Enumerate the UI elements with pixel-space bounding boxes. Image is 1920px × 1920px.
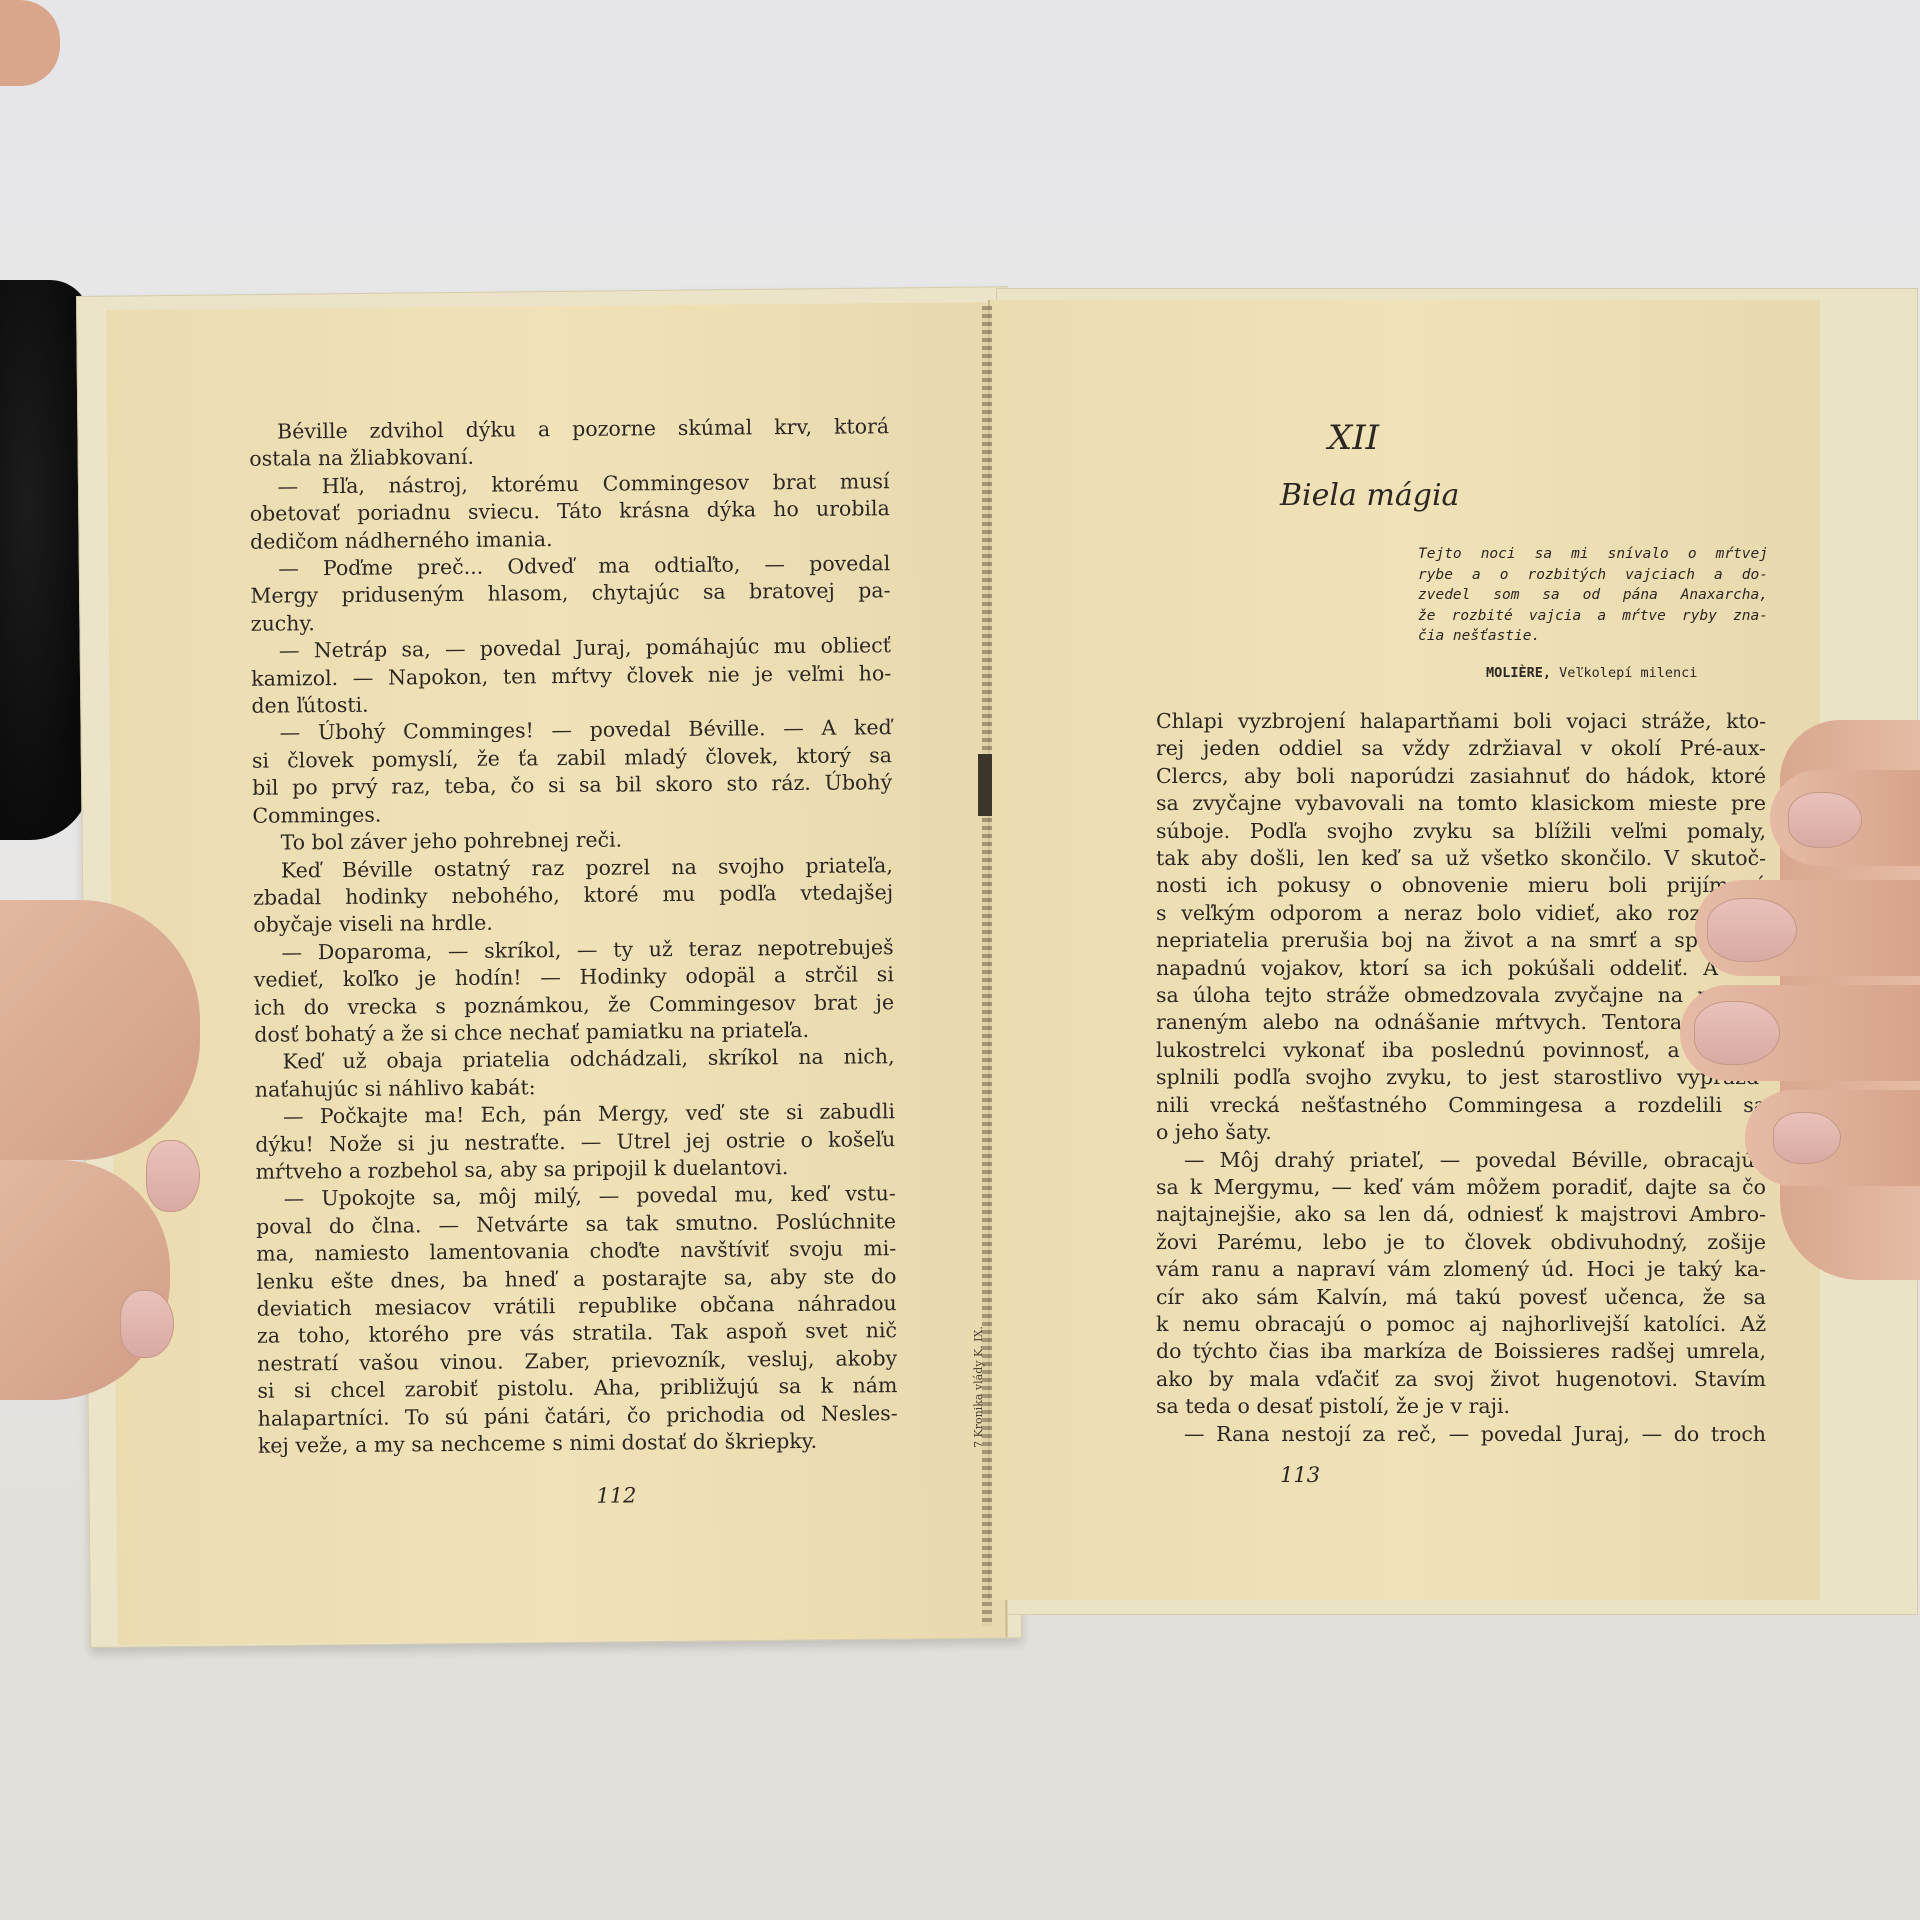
- text-line: obetovať poriadnu sviecu. Táto krásna dý…: [250, 495, 890, 528]
- text-line: Clercs, aby boli naporúdzi zasiahnuť do …: [1156, 763, 1766, 790]
- text-line: — Môj drahý priateľ, — povedal Béville, …: [1156, 1147, 1766, 1174]
- fingernail: [1773, 1112, 1841, 1164]
- page-number-left: 112: [596, 1483, 636, 1507]
- epigraph-author: MOLIÈRE,: [1486, 665, 1551, 681]
- text-line: splnili podľa svojho zvyku, to jest star…: [1156, 1064, 1766, 1091]
- chapter-number: XII: [1328, 418, 1379, 458]
- epigraph-work: Veľkolepí milenci: [1559, 665, 1697, 681]
- text-line: napadnú vojakov, ktorí sa ich pokúšali o…: [1156, 955, 1766, 982]
- text-line: vám ranu a napraví vám zlomený úd. Hoci …: [1156, 1256, 1766, 1283]
- text-line: raneným alebo na odnášanie mŕtvych. Tent…: [1156, 1009, 1766, 1036]
- text-line: najtajnejšie, ako sa len dá, odniesť k m…: [1156, 1201, 1766, 1228]
- text-line: Keď už obaja priatelia odchádzali, skrík…: [254, 1043, 894, 1076]
- page-number-right: 113: [1280, 1463, 1320, 1487]
- text-line: sa k Mergymu, — keď vám môžem poradiť, d…: [1156, 1174, 1766, 1201]
- left-page: Béville zdvihol dýku a pozorne skúmal kr…: [106, 302, 1008, 1645]
- text-line: dýku! Nože si ju nestraťte. — Utrel jej …: [255, 1126, 895, 1159]
- text-line: sa teda o desať pistolí, že je v raji.: [1156, 1393, 1766, 1420]
- right-finger-1: [1770, 770, 1920, 866]
- text-line: súboje. Podľa svojho zvyku sa blížili ve…: [1156, 818, 1766, 845]
- text-line: Chlapi vyzbrojení halapartňami boli voja…: [1156, 708, 1766, 735]
- right-finger-3: [1680, 985, 1920, 1081]
- epigraph: Tejto noci sa mi snívalo o mŕtvejrybe a …: [1418, 544, 1768, 647]
- text-line: do týchto čias iba markíza de Boissieres…: [1156, 1338, 1766, 1365]
- text-line: že rozbité vajcia a mŕtve ryby zna-: [1418, 606, 1768, 627]
- text-line: zvedel som sa od pána Anaxarcha,: [1418, 585, 1768, 606]
- epigraph-attribution: MOLIÈRE, Veľkolepí milenci: [1486, 665, 1697, 681]
- right-page-body: Chlapi vyzbrojení halapartňami boli voja…: [1156, 708, 1766, 1448]
- text-line: tak aby došli, len keď sa už všetko skon…: [1156, 845, 1766, 872]
- left-page-body: Béville zdvihol dýku a pozorne skúmal kr…: [249, 413, 898, 1460]
- text-line: sa zvyčajne vybavovali na tomto klasicko…: [1156, 790, 1766, 817]
- text-line: o jeho šaty.: [1156, 1119, 1766, 1146]
- text-line: Tejto noci sa mi snívalo o mŕtvej: [1418, 544, 1768, 565]
- text-line: nosti ich pokusy o obnovenie mieru boli …: [1156, 872, 1766, 899]
- text-line: čia nešťastie.: [1418, 626, 1768, 647]
- text-line: s veľkým odporom a neraz bolo vidieť, ak…: [1156, 900, 1766, 927]
- text-line: ako by mala vďačiť za svoj život hugenot…: [1156, 1366, 1766, 1393]
- thumbnail: [146, 1140, 200, 1212]
- text-line: kej veže, a my sa nechceme s nimi dostať…: [258, 1427, 898, 1460]
- open-book: Béville zdvihol dýku a pozorne skúmal kr…: [76, 288, 1841, 1653]
- text-line: — Rana nestojí za reč, — povedal Juraj, …: [1156, 1421, 1766, 1448]
- right-page: XII Biela mágia Tejto noci sa mi snívalo…: [988, 300, 1820, 1600]
- text-line: Mergy priduseným hlasom, chytajúc sa bra…: [250, 578, 890, 611]
- text-line: rybe a o rozbitých vajciach a do-: [1418, 565, 1768, 586]
- binding-tape: [978, 754, 992, 816]
- text-line: k nemu obracajú o pomoc aj najhorlivejší…: [1156, 1311, 1766, 1338]
- fingernail: [1788, 792, 1862, 848]
- text-line: rej jeden oddiel sa vždy zdržiaval v oko…: [1156, 735, 1766, 762]
- right-finger-2: [1695, 880, 1920, 976]
- fingernail: [1694, 1001, 1780, 1065]
- text-line: bil po prvý raz, teba, čo si sa bil skor…: [252, 769, 892, 802]
- right-finger-4: [1745, 1090, 1920, 1186]
- text-line: nepriatelia prerušia boj na život a na s…: [1156, 927, 1766, 954]
- right-hand-fingertip-top: [0, 0, 60, 86]
- text-line: kamizol. — Napokon, ten mŕtvy človek nie…: [251, 660, 891, 693]
- fingernail: [120, 1290, 174, 1358]
- text-line: sa úloha tejto stráže obmedzovala zvyčaj…: [1156, 982, 1766, 1009]
- text-line: lukostrelci vykonať iba poslednú povinno…: [1156, 1037, 1766, 1064]
- text-line: cír ako sám Kalvín, má takú povesť učenc…: [1156, 1284, 1766, 1311]
- text-line: žovi Parému, lebo je to človek obdivuhod…: [1156, 1229, 1766, 1256]
- fingernail: [1707, 898, 1797, 962]
- text-line: nili vrecká nešťastného Commingesa a roz…: [1156, 1092, 1766, 1119]
- printer-signature-mark: 7 Kronika vlády K. IX.: [972, 1326, 985, 1448]
- chapter-title: Biela mágia: [1280, 478, 1459, 513]
